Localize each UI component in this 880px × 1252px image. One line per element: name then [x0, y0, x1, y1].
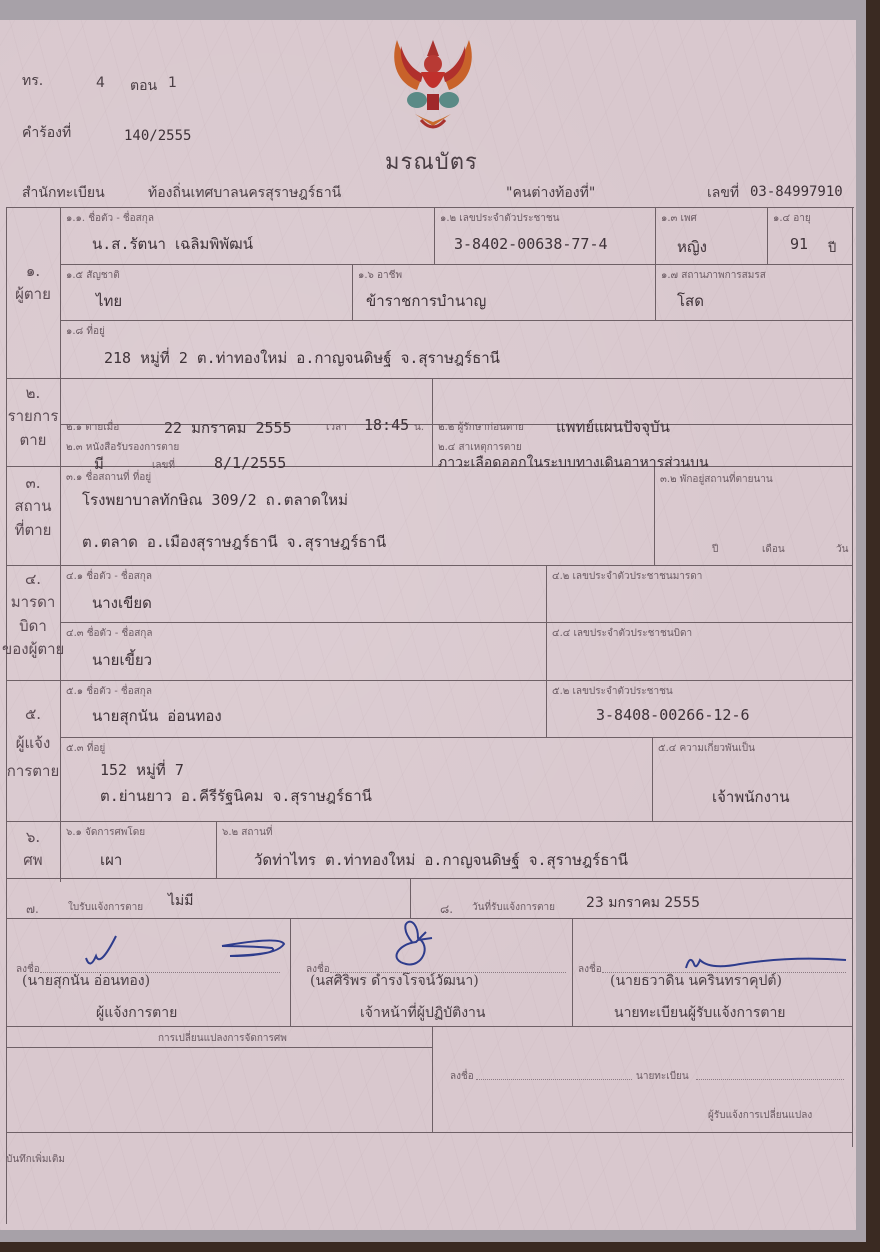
additional-notes-label: บันทึกเพิ่มเติม — [6, 1152, 65, 1167]
section-6-title: ศพ — [6, 849, 60, 872]
section-2-heading: ๒. รายการ ตาย — [6, 382, 60, 452]
burial-changes-title: การเปลี่ยนแปลงการจัดการศพ — [158, 1031, 287, 1046]
occupation-value: ข้าราชการบำนาญ — [366, 289, 486, 313]
section-6-number: ๖. — [6, 826, 60, 849]
section-1-heading: ๑. ผู้ตาย — [6, 260, 60, 307]
place-of-death-line1: โรงพยาบาลทักษิณ 309/2 ถ.ตลาดใหม่ — [82, 488, 348, 512]
informant-address-label: ๕.๓ ที่อยู่ — [66, 741, 105, 756]
changes-role: ผู้รับแจ้งการเปลี่ยนแปลง — [708, 1108, 812, 1123]
section-1-number: ๑. — [6, 260, 60, 283]
registrar-sign-label: ลงชื่อ — [578, 962, 602, 977]
section-2-number: ๒. — [6, 382, 60, 405]
deceased-id-label: ๑.๒ เลขประจำตัวประชาชน — [440, 211, 559, 226]
section-5-number: ๕. — [6, 700, 60, 729]
stay-day: วัน — [836, 542, 848, 557]
section-4-heading: ๔. มารดา บิดา ของผู้ตาย — [2, 568, 64, 661]
informant-relation: เจ้าพนักงาน — [712, 785, 790, 809]
deceased-address: 218 หมู่ที่ 2 ต.ท่าทองใหม่ อ.กาญจนดิษฐ์ … — [104, 346, 500, 370]
notified-date: 23 มกราคม 2555 — [586, 892, 700, 914]
mother-id-label: ๔.๒ เลขประจำตัวประชาชนมารดา — [552, 569, 702, 584]
certificate-number: 03-84997910 — [750, 184, 843, 200]
burial-method-label: ๖.๑ จัดการศพโดย — [66, 825, 145, 840]
section-4-title-line2: บิดา — [2, 615, 64, 638]
section-2-title-line1: รายการ — [6, 405, 60, 428]
death-certificate-no: 8/1/2555 — [214, 454, 286, 472]
section-6-heading: ๖. ศพ — [6, 826, 60, 873]
marital-status-value: โสด — [677, 289, 704, 313]
mother-name: นางเขียด — [92, 591, 152, 615]
deceased-id: 3-8402-00638-77-4 — [454, 235, 608, 253]
officer-role: เจ้าหน้าที่ผู้ปฏิบัติงาน — [360, 1002, 485, 1024]
book-number: 4 — [96, 75, 105, 91]
section-4-title-line3: ของผู้ตาย — [2, 638, 64, 661]
mother-name-label: ๔.๑ ชื่อตัว - ชื่อสกุล — [66, 569, 152, 584]
father-id-label: ๔.๔ เลขประจำตัวประชาชนบิดา — [552, 626, 692, 641]
treated-by-value: แพทย์แผนปัจจุบัน — [556, 415, 670, 439]
stay-month: เดือน — [762, 542, 785, 557]
informant-signature-icon — [80, 932, 290, 972]
officer-signature-icon — [392, 916, 452, 970]
registrar-office-value: ท้องถิ่นเทศบาลนครสุราษฎร์ธานี — [148, 182, 341, 204]
deceased-name: น.ส.รัตนา เฉลิมพิพัฒน์ — [92, 232, 253, 256]
garuda-emblem-icon — [387, 34, 479, 134]
burial-place: วัดท่าไทร ต.ท่าทองใหม่ อ.กาญจนดิษฐ์ จ.สุ… — [254, 848, 628, 872]
notified-date-label: วันที่รับแจ้งการตาย — [472, 900, 555, 915]
place-of-death-label: ๓.๑ ชื่อสถานที่ ที่อยู่ — [66, 470, 151, 485]
section-5-title-line1: ผู้แจ้ง — [6, 729, 60, 758]
informant-address-line2: ต.ย่านยาว อ.คีรีรัฐนิคม จ.สุราษฎร์ธานี — [100, 784, 372, 808]
death-time: 18:45 — [364, 416, 409, 434]
death-date: 22 มกราคม 2555 — [164, 416, 292, 440]
section-3-number: ๓. — [6, 472, 60, 495]
informant-role: ผู้แจ้งการตาย — [96, 1002, 177, 1024]
death-time-unit: น. — [414, 420, 424, 435]
informant-id: 3-8408-00266-12-6 — [596, 706, 750, 724]
nationality-label: ๑.๕ สัญชาติ — [66, 268, 120, 283]
age-unit: ปี — [828, 237, 836, 258]
section-4-title-line1: มารดา — [2, 591, 64, 614]
deceased-address-label: ๑.๘ ที่อยู่ — [66, 324, 105, 339]
section-1-title: ผู้ตาย — [6, 283, 60, 306]
section-3-heading: ๓. สถาน ที่ตาย — [6, 472, 60, 542]
changes-sign-label: ลงชื่อ — [450, 1069, 474, 1084]
registrar-signatory: (นายธวาดิน นครินทราคุปต์) — [610, 970, 782, 992]
death-certificate-label: ๒.๓ หนังสือรับรองการตาย — [66, 440, 179, 455]
sex-value: หญิง — [677, 235, 707, 259]
officer-signatory: (นสศิริพร ดำรงโรจน์วัฒนา) — [310, 970, 479, 992]
death-notice-value: ไม่มี — [168, 890, 194, 912]
registrar-office-label: สำนักทะเบียน — [22, 182, 105, 204]
death-time-label: เวลา — [326, 420, 347, 435]
informant-name-label: ๕.๑ ชื่อตัว - ชื่อสกุล — [66, 684, 152, 699]
book-label: ทร. — [22, 70, 43, 92]
father-name-label: ๔.๓ ชื่อตัว - ชื่อสกุล — [66, 626, 152, 641]
section-3-title-line2: ที่ตาย — [6, 519, 60, 542]
death-notice-label: ใบรับแจ้งการตาย — [68, 900, 143, 915]
informant-relation-label: ๕.๔ ความเกี่ยวพันเป็น — [658, 741, 755, 756]
sex-label: ๑.๓ เพศ — [661, 211, 697, 226]
stay-duration-label: ๓.๒ พักอยู่สถานที่ตายนาน — [660, 472, 773, 487]
death-certificate-no-label: เลขที่ — [152, 458, 175, 473]
section-5-heading: ๕. ผู้แจ้ง การตาย — [6, 700, 60, 786]
certificate-number-label: เลขที่ — [707, 182, 739, 204]
section-4-number: ๔. — [2, 568, 64, 591]
request-number: 140/2555 — [124, 128, 191, 144]
informant-id-label: ๕.๒ เลขประจำตัวประชาชน — [552, 684, 673, 699]
death-date-label: ๒.๑ ตายเมื่อ — [66, 420, 119, 435]
nationality-value: ไทย — [96, 289, 122, 313]
informant-name: นายสุกนัน อ่อนทอง — [92, 704, 222, 728]
registrar-role: นายทะเบียนผู้รับแจ้งการตาย — [614, 1002, 786, 1024]
document-title: มรณบัตร — [385, 144, 478, 179]
section-2-title-line2: ตาย — [6, 429, 60, 452]
burial-place-label: ๖.๒ สถานที่ — [222, 825, 273, 840]
burial-method: เผา — [100, 848, 122, 872]
request-label: คำร้องที่ — [22, 122, 71, 144]
occupation-label: ๑.๖ อาชีพ — [358, 268, 402, 283]
marital-status-label: ๑.๗ สถานภาพการสมรส — [661, 268, 766, 283]
death-certificate: ทร. 4 ตอน 1 คำร้องที่ 140/2555 มรณบัตร ส… — [0, 20, 856, 1230]
deceased-name-label: ๑.๑. ชื่อตัว - ชื่อสกุล — [66, 211, 154, 226]
place-of-death-line2: ต.ตลาด อ.เมืองสุราษฎร์ธานี จ.สุราษฎร์ธาน… — [82, 530, 386, 554]
informant-address-line1: 152 หมู่ที่ 7 — [100, 758, 184, 782]
section-3-title-line1: สถาน — [6, 495, 60, 518]
age-label: ๑.๔ อายุ — [773, 211, 811, 226]
cause-of-death: ภาวะเลือดออกในระบบทางเดินอาหารส่วนบน — [438, 452, 709, 474]
changes-registrar-label: นายทะเบียน — [636, 1069, 689, 1084]
treated-by-label: ๒.๒ ผู้รักษาก่อนตาย — [438, 420, 524, 435]
father-name: นายเขี้ยว — [92, 648, 152, 672]
age-value: 91 — [790, 235, 808, 253]
volume-number: 1 — [168, 75, 177, 91]
stay-year: ปี — [712, 542, 718, 557]
volume-label: ตอน — [130, 75, 157, 97]
section-7-number: ๗. — [26, 900, 39, 919]
registration-type: "คนต่างท้องที่" — [506, 182, 595, 204]
section-5-title-line2: การตาย — [6, 757, 60, 786]
informant-signatory: (นายสุกนัน อ่อนทอง) — [22, 970, 150, 992]
